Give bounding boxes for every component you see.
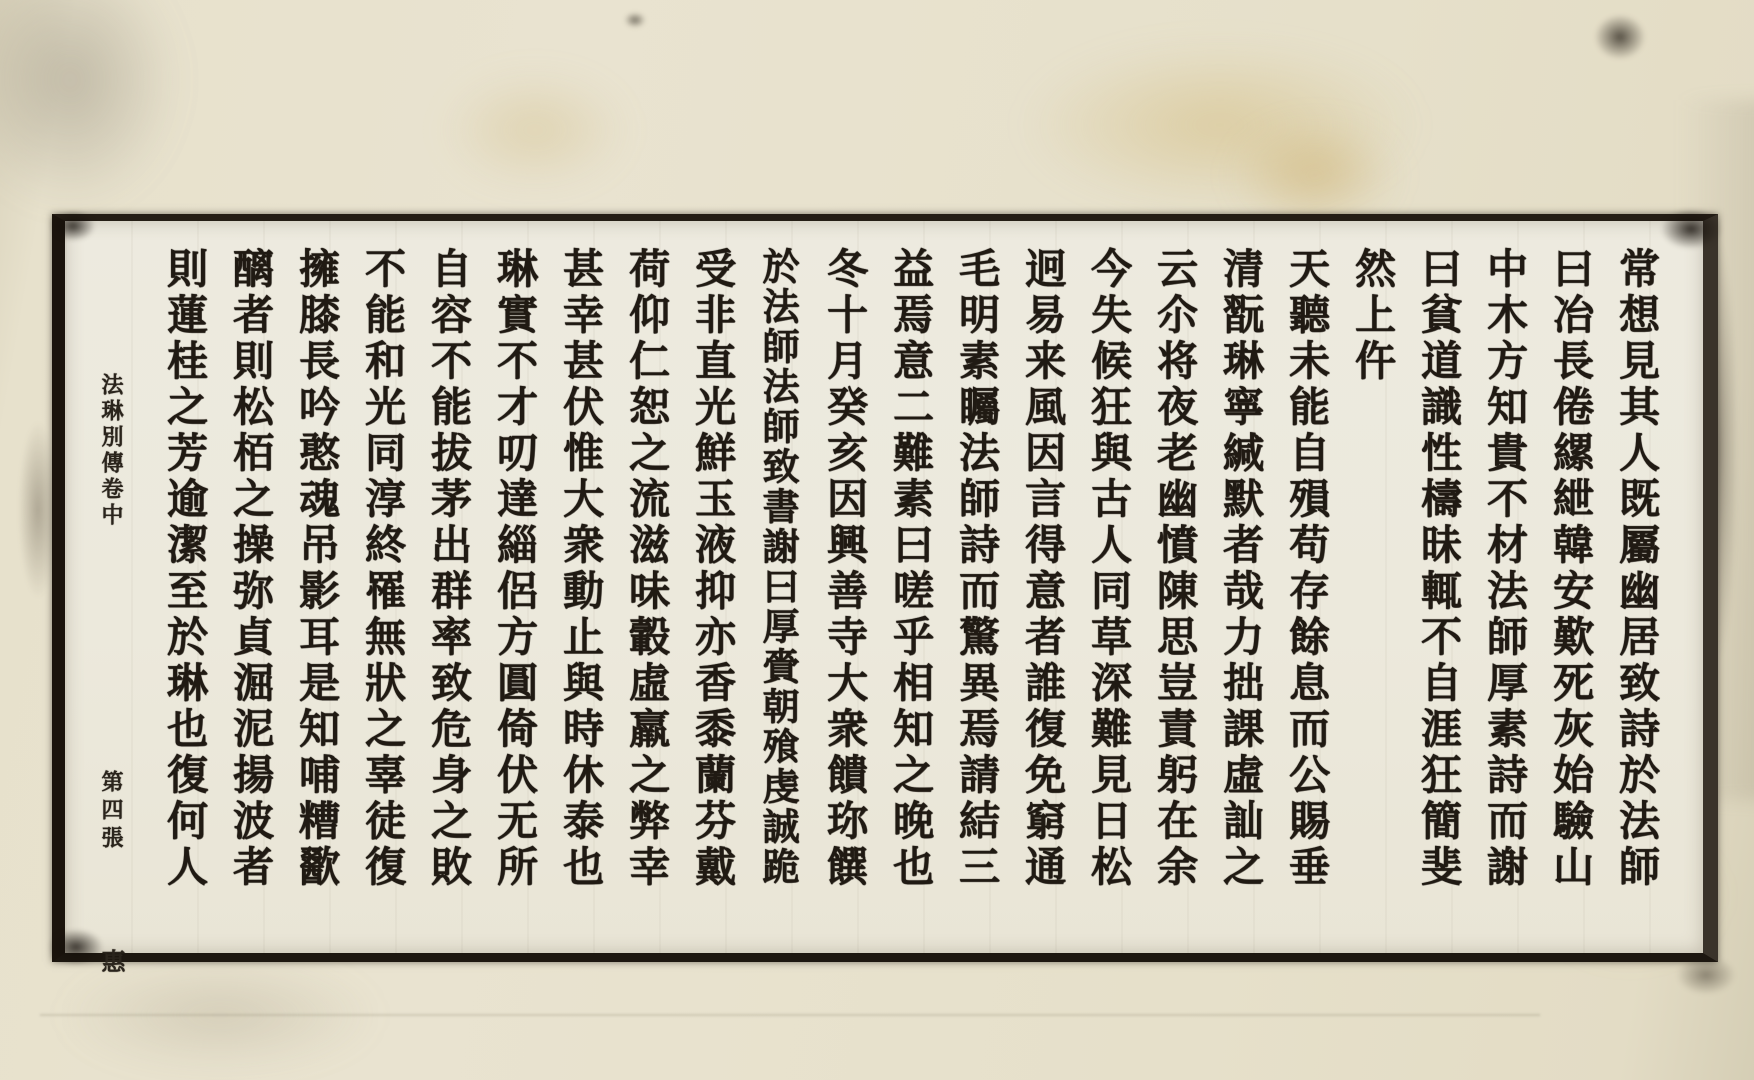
text-column: 迥易来風因言得意者誰復免窮通 <box>1009 247 1075 933</box>
text-column: 則蓮桂之芳逾潔至於琳也復何人 <box>151 247 217 933</box>
margin-volume-title: 法琳別傳卷中 <box>98 373 124 529</box>
ink-smudge <box>1594 14 1646 60</box>
text-column: 甚幸甚伏惟大衆動止與時休泰也 <box>547 247 613 933</box>
text-column: 常想見其人既屬幽居致詩於法師 <box>1603 247 1669 933</box>
margin-column: 法琳別傳卷中 第四張 惠 <box>91 247 131 933</box>
sheet-number: 第四張 <box>98 770 124 854</box>
text-column: 云尒将夜老幽憤陳思豈責躬在余 <box>1141 247 1207 933</box>
text-area: 常想見其人既屬幽居致詩於法師曰冶長倦縲紲韓安歎死灰始驗山中木方知貴不材法師厚素詩… <box>65 221 1703 953</box>
text-block-frame: 常想見其人既屬幽居致詩於法師曰冶長倦縲紲韓安歎死灰始驗山中木方知貴不材法師厚素詩… <box>52 214 1718 962</box>
paper-stain <box>1020 40 1420 210</box>
carver-mark: 惠 <box>97 949 126 978</box>
text-column: 不能和光同淳終罹無狀之辜徒復 <box>349 247 415 933</box>
paper-crease <box>40 1014 1540 1016</box>
text-column: 清翫琳寧緘默者哉力拙課虛訕之 <box>1207 247 1273 933</box>
text-column: 於法師法師致書謝曰厚賫朝飱虔誠跪 <box>745 247 811 933</box>
text-column: 琳實不才叨達緇侶方圓倚伏无所 <box>481 247 547 933</box>
ink-smudge <box>624 12 646 28</box>
text-column: 冬十月癸亥因興善寺大衆饋珎饌 <box>811 247 877 933</box>
scanned-page: 常想見其人既屬幽居致詩於法師曰冶長倦縲紲韓安歎死灰始驗山中木方知貴不材法師厚素詩… <box>0 0 1754 1080</box>
text-column: 天聽未能自殞苟存餘息而公賜垂 <box>1273 247 1339 933</box>
text-column: 擁膝長吟憨魂吊影耳是知哺糟歠 <box>283 247 349 933</box>
paper-stain <box>440 70 630 190</box>
page-corner-shadow <box>0 0 180 210</box>
text-column: 毛明素矚法師詩而驚異焉請結三 <box>943 247 1009 933</box>
text-column: 中木方知貴不材法師厚素詩而謝 <box>1471 247 1537 933</box>
text-column: 受非直光鮮玉液抑亦香黍蘭芬戴 <box>679 247 745 933</box>
text-column: 醨者則松栢之操弥貞淈泥揚波者 <box>217 247 283 933</box>
text-column: 然上仵 <box>1339 247 1405 933</box>
text-column: 荷仰仁恕之流滋味轂虛羸之弊幸 <box>613 247 679 933</box>
text-column: 益焉意二難素曰嗟乎相知之晚也 <box>877 247 943 933</box>
text-column: 曰貧道識性檮昧輒不自涯狂簡斐 <box>1405 247 1471 933</box>
text-column: 曰冶長倦縲紲韓安歎死灰始驗山 <box>1537 247 1603 933</box>
text-column: 今失候狂與古人同草深難見日松 <box>1075 247 1141 933</box>
text-column: 自容不能拔茅出群率致危身之敗 <box>415 247 481 933</box>
